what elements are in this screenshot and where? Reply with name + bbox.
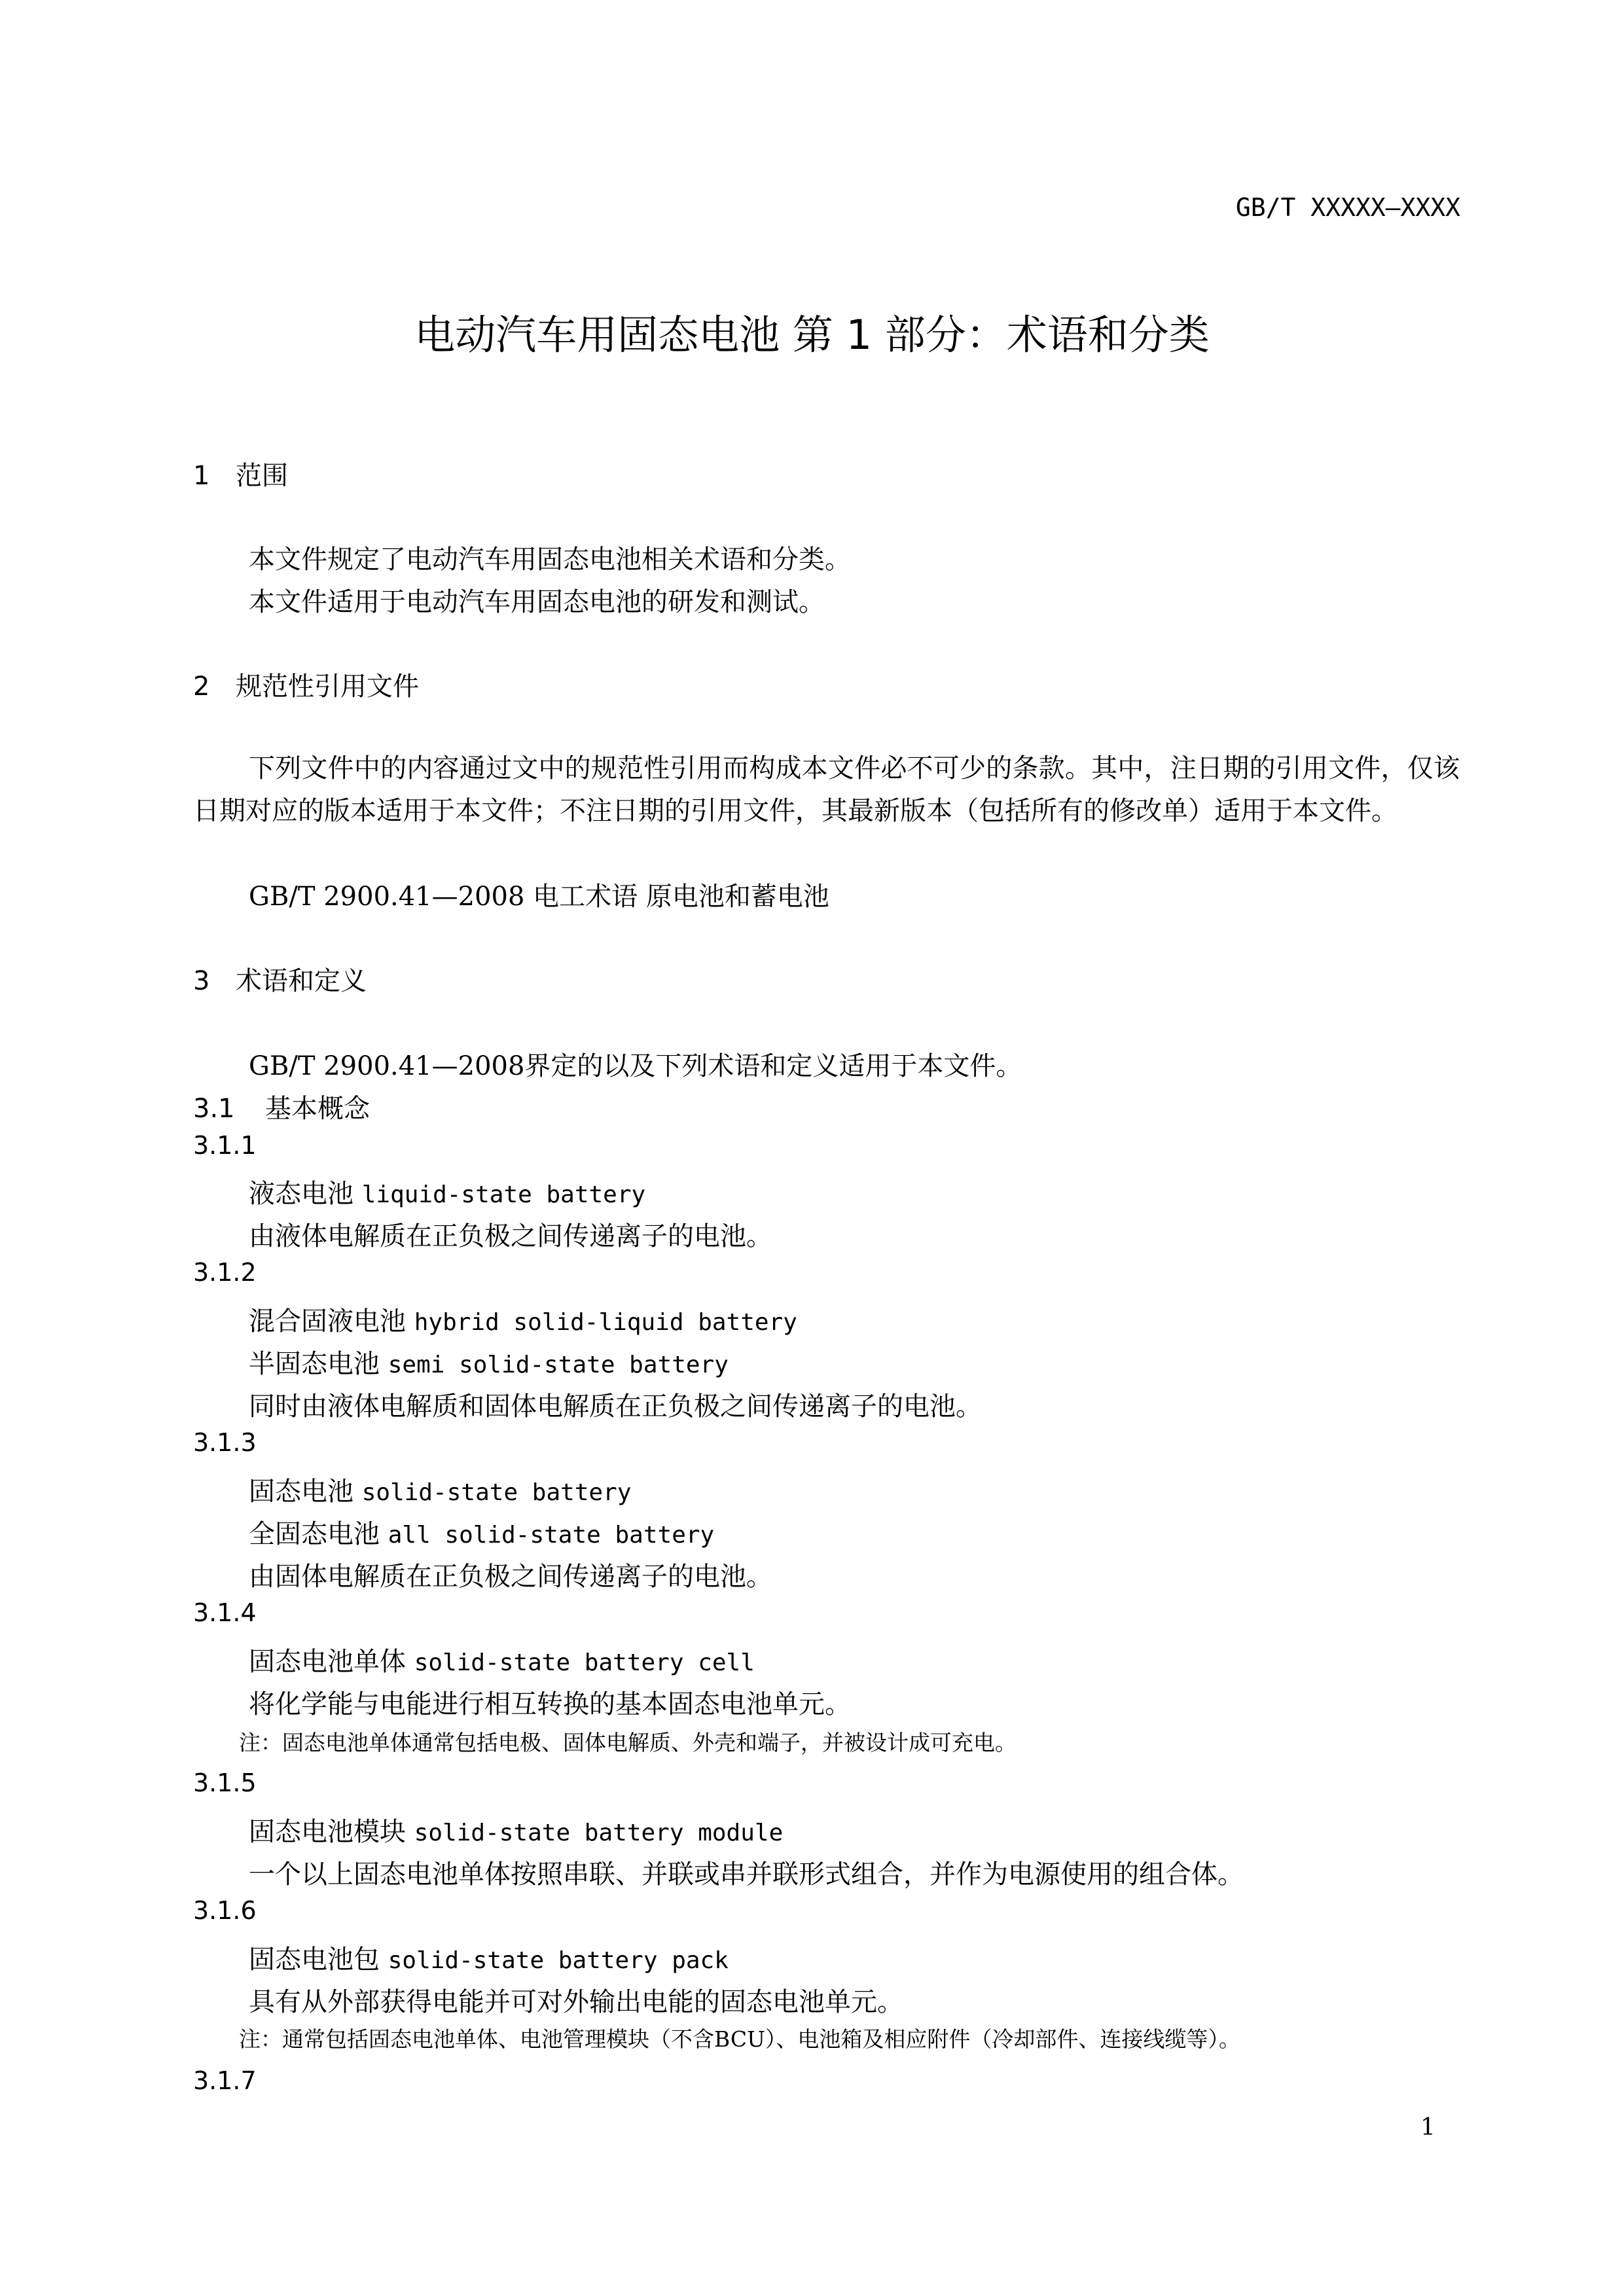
term-name-en: solid-state battery module [414, 1820, 784, 1846]
terms-intro: GB/T 2900.41—2008界定的以及下列术语和定义适用于本文件。 [249, 1045, 1022, 1083]
term-number: 3.1.2 [193, 1258, 257, 1287]
subsection-number: 3.1 [193, 1094, 265, 1124]
section-number: 2 [193, 672, 236, 702]
term-name-zh: 全固态电池 [249, 1519, 380, 1549]
term-name-zh: 固态电池包 [249, 1945, 380, 1975]
term-name-zh: 混合固液电池 [249, 1306, 406, 1336]
term-number: 3.1.6 [193, 1896, 257, 1925]
section-title: 术语和定义 [236, 966, 367, 996]
term-name-en: semi solid-state battery [388, 1352, 729, 1378]
note-label: 注： [239, 1730, 282, 1755]
note-label: 注： [239, 2026, 282, 2052]
term-name-en: liquid-state battery [362, 1181, 645, 1208]
note-text: 固态电池单体通常包括电极、固体电解质、外壳和端子，并被设计成可充电。 [282, 1730, 1017, 1755]
document-title: 电动汽车用固态电池 第 1 部分：术语和分类 [0, 302, 1624, 361]
term-number: 3.1.4 [193, 1598, 257, 1627]
section-title: 规范性引用文件 [236, 672, 419, 702]
term-name: 液态电池 liquid-state battery [249, 1173, 645, 1210]
term-number: 3.1.5 [193, 1768, 257, 1797]
term-synonym: 半固态电池 semi solid-state battery [249, 1343, 729, 1380]
section-title: 范围 [236, 461, 288, 491]
term-name-zh: 液态电池 [249, 1179, 353, 1209]
subsection-heading-basic-concepts: 3.1基本概念 [193, 1088, 370, 1125]
term-name-en: solid-state battery cell [414, 1649, 755, 1676]
term-name-en: solid-state battery pack [388, 1947, 729, 1974]
term-name-zh: 固态电池单体 [249, 1647, 406, 1677]
term-definition: 由固体电解质在正负极之间传递离子的电池。 [249, 1556, 772, 1593]
scope-paragraph-1: 本文件规定了电动汽车用固态电池相关术语和分类。 [249, 539, 851, 576]
term-definition: 一个以上固态电池单体按照串联、并联或串并联形式组合，并作为电源使用的组合体。 [249, 1854, 1244, 1891]
term-name-en: solid-state battery [362, 1479, 632, 1506]
term-definition: 将化学能与电能进行相互转换的基本固态电池单元。 [249, 1683, 851, 1721]
section-heading-normative-references: 2规范性引用文件 [193, 666, 419, 703]
term-note: 注：固态电池单体通常包括电极、固体电解质、外壳和端子，并被设计成可充电。 [239, 1726, 1017, 1757]
term-name-zh: 固态电池模块 [249, 1817, 406, 1847]
note-text: 通常包括固态电池单体、电池管理模块（不含BCU）、电池箱及相应附件（冷却部件、连… [282, 2026, 1240, 2052]
term-name-zh: 半固态电池 [249, 1349, 380, 1379]
term-name-en: hybrid solid-liquid battery [414, 1309, 797, 1336]
term-name-zh: 固态电池 [249, 1477, 353, 1507]
term-definition: 具有从外部获得电能并可对外输出电能的固态电池单元。 [249, 1981, 903, 2018]
term-name: 固态电池单体 solid-state battery cell [249, 1641, 755, 1678]
term-synonym: 全固态电池 all solid-state battery [249, 1513, 714, 1551]
section-heading-terms-definitions: 3术语和定义 [193, 960, 367, 997]
scope-paragraph-2: 本文件适用于电动汽车用固态电池的研发和测试。 [249, 581, 825, 619]
term-note: 注：通常包括固态电池单体、电池管理模块（不含BCU）、电池箱及相应附件（冷却部件… [239, 2022, 1240, 2053]
term-number: 3.1.3 [193, 1428, 257, 1457]
term-name: 固态电池模块 solid-state battery module [249, 1811, 783, 1848]
term-name: 固态电池包 solid-state battery pack [249, 1939, 729, 1976]
section-number: 1 [193, 461, 236, 491]
term-number: 3.1.1 [193, 1131, 257, 1160]
term-number: 3.1.7 [193, 2066, 257, 2095]
section-heading-scope: 1范围 [193, 455, 288, 492]
term-definition: 由液体电解质在正负极之间传递离子的电池。 [249, 1215, 772, 1253]
normative-references-paragraph: 下列文件中的内容通过文中的规范性引用而构成本文件必不可少的条款。其中，注日期的引… [193, 747, 1460, 833]
standard-code: GB/T XXXXX—XXXX [1236, 193, 1460, 222]
section-number: 3 [193, 966, 236, 996]
subsection-title: 基本概念 [265, 1094, 370, 1124]
reference-item: GB/T 2900.41—2008 电工术语 原电池和蓄电池 [249, 876, 829, 913]
term-name: 混合固液电池 hybrid solid-liquid battery [249, 1300, 797, 1338]
term-definition: 同时由液体电解质和固体电解质在正负极之间传递离子的电池。 [249, 1386, 982, 1423]
term-name: 固态电池 solid-state battery [249, 1471, 632, 1508]
term-name-en: all solid-state battery [388, 1522, 715, 1549]
page-number: 1 [1420, 2114, 1435, 2141]
